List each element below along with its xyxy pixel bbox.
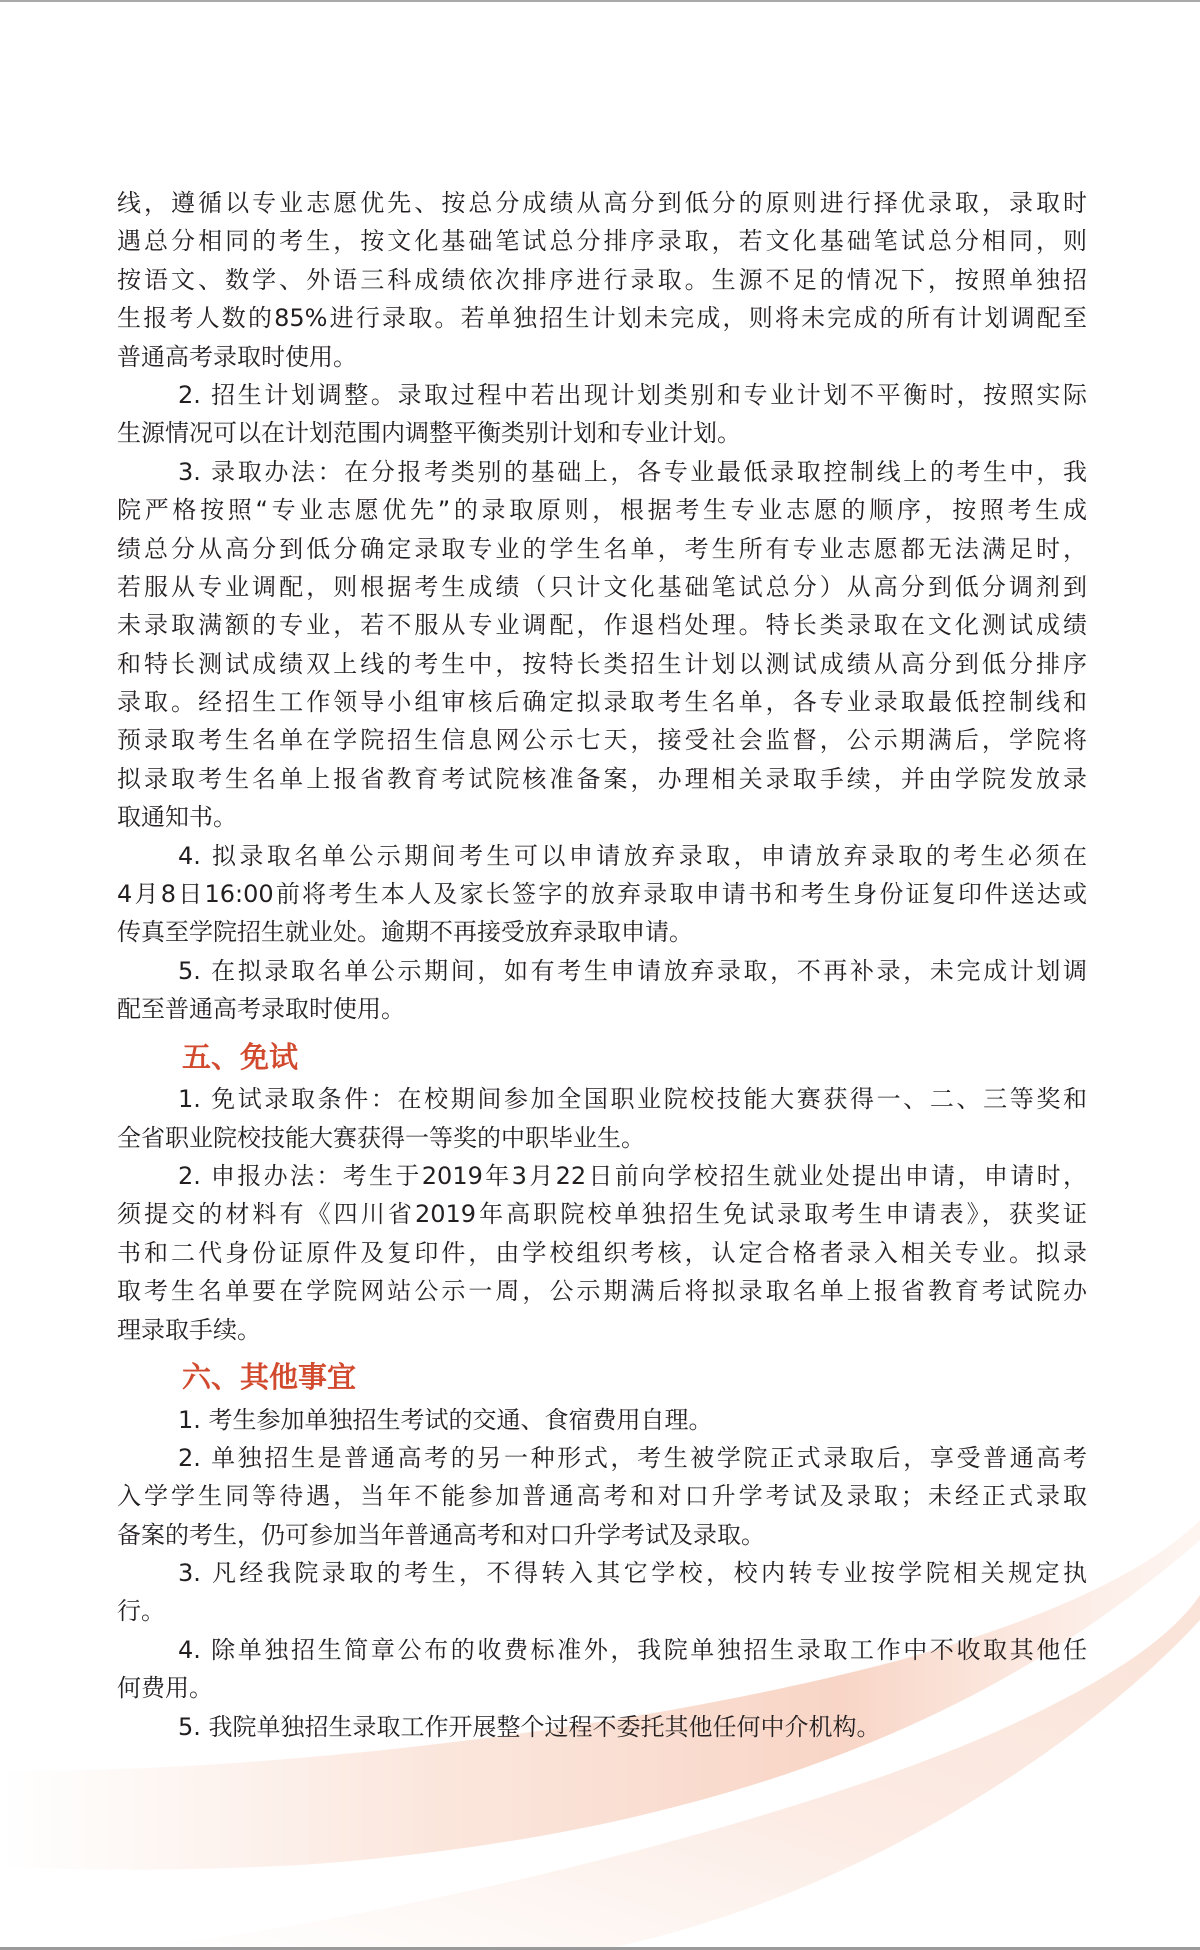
paragraph-line: 理录取手续。 (117, 1311, 1087, 1349)
paragraph-first-line: 1. 考生参加单独招生考试的交通、食宿费用自理。 (117, 1401, 1087, 1439)
paragraph-line: 预录取考生名单在学院招生信息网公示七天，接受社会监督，公示期满后，学院将 (117, 721, 1087, 759)
paragraph-first-line: 3. 录取办法：在分报考类别的基础上，各专业最低录取控制线上的考生中，我 (117, 453, 1087, 491)
paragraph-line: 若服从专业调配，则根据考生成绩（只计文化基础笔试总分）从高分到低分调剂到 (117, 568, 1087, 606)
paragraph-line: 何费用。 (117, 1669, 1087, 1707)
paragraph-line: 全省职业院校技能大赛获得一等奖的中职毕业生。 (117, 1119, 1087, 1157)
paragraph-line: 入学学生同等待遇，当年不能参加普通高考和对口升学考试及录取；未经正式录取 (117, 1477, 1087, 1515)
paragraph-line: 按语文、数学、外语三科成绩依次排序进行录取。生源不足的情况下，按照单独招 (117, 261, 1087, 299)
paragraph-line: 普通高考录取时使用。 (117, 338, 1087, 376)
paragraph-line: 取通知书。 (117, 798, 1087, 836)
paragraph-first-line: 2. 申报办法：考生于2019年3月22日前向学校招生就业处提出申请，申请时， (117, 1157, 1087, 1195)
paragraph-first-line: 4. 拟录取名单公示期间考生可以申请放弃录取，申请放弃录取的考生必须在 (117, 837, 1087, 875)
paragraph-line: 生源情况可以在计划范围内调整平衡类别计划和专业计划。 (117, 414, 1087, 452)
section-heading: 五、免试 (117, 1032, 1087, 1084)
paragraph-first-line: 1. 免试录取条件：在校期间参加全国职业院校技能大赛获得一、二、三等奖和 (117, 1080, 1087, 1118)
paragraph-line: 须提交的材料有《四川省2019年高职院校单独招生免试录取考生申请表》，获奖证 (117, 1195, 1087, 1233)
paragraph-line: 行。 (117, 1592, 1087, 1630)
paragraph-line: 未录取满额的专业，若不服从专业调配，作退档处理。特长类录取在文化测试成绩 (117, 606, 1087, 644)
paragraph-line: 拟录取考生名单上报省教育考试院核准备案，办理相关录取手续，并由学院发放录 (117, 760, 1087, 798)
paragraph-line: 生报考人数的85%进行录取。若单独招生计划未完成，则将未完成的所有计划调配至 (117, 299, 1087, 337)
paragraph-line: 配至普通高考录取时使用。 (117, 990, 1087, 1028)
section-heading: 六、其他事宜 (117, 1352, 1087, 1404)
paragraph-line: 院严格按照“专业志愿优先”的录取原则，根据考生专业志愿的顺序，按照考生成 (117, 491, 1087, 529)
paragraph-first-line: 3. 凡经我院录取的考生，不得转入其它学校，校内转专业按学院相关规定执 (117, 1554, 1087, 1592)
paragraph-line: 遇总分相同的考生，按文化基础笔试总分排序录取，若文化基础笔试总分相同，则 (117, 222, 1087, 260)
paragraph-first-line: 线，遵循以专业志愿优先、按总分成绩从高分到低分的原则进行择优录取，录取时 (117, 184, 1087, 222)
paragraph-first-line: 2. 单独招生是普通高考的另一种形式，考生被学院正式录取后，享受普通高考 (117, 1439, 1087, 1477)
document-page: 线，遵循以专业志愿优先、按总分成绩从高分到低分的原则进行择优录取，录取时遇总分相… (117, 184, 1087, 1746)
paragraph-first-line: 5. 我院单独招生录取工作开展整个过程不委托其他任何中介机构。 (117, 1708, 1087, 1746)
paragraph-first-line: 4. 除单独招生简章公布的收费标准外，我院单独招生录取工作中不收取其他任 (117, 1631, 1087, 1669)
paragraph-line: 录取。经招生工作领导小组审核后确定拟录取考生名单，各专业录取最低控制线和 (117, 683, 1087, 721)
paragraph-line: 绩总分从高分到低分确定录取专业的学生名单，考生所有专业志愿都无法满足时， (117, 530, 1087, 568)
paragraph-line: 4月8日16:00前将考生本人及家长签字的放弃录取申请书和考生身份证复印件送达或 (117, 875, 1087, 913)
page-top-edge (0, 0, 1200, 2)
paragraph-first-line: 5. 在拟录取名单公示期间，如有考生申请放弃录取，不再补录，未完成计划调 (117, 952, 1087, 990)
paragraph-line: 书和二代身份证原件及复印件，由学校组织考核，认定合格者录入相关专业。拟录 (117, 1234, 1087, 1272)
paragraph-first-line: 2. 招生计划调整。录取过程中若出现计划类别和专业计划不平衡时，按照实际 (117, 376, 1087, 414)
paragraph-line: 备案的考生，仍可参加当年普通高考和对口升学考试及录取。 (117, 1516, 1087, 1554)
paragraph-line: 和特长测试成绩双上线的考生中，按特长类招生计划以测试成绩从高分到低分排序 (117, 645, 1087, 683)
paragraph-line: 取考生名单要在学院网站公示一周，公示期满后将拟录取名单上报省教育考试院办 (117, 1272, 1087, 1310)
paragraph-line: 传真至学院招生就业处。逾期不再接受放弃录取申请。 (117, 913, 1087, 951)
